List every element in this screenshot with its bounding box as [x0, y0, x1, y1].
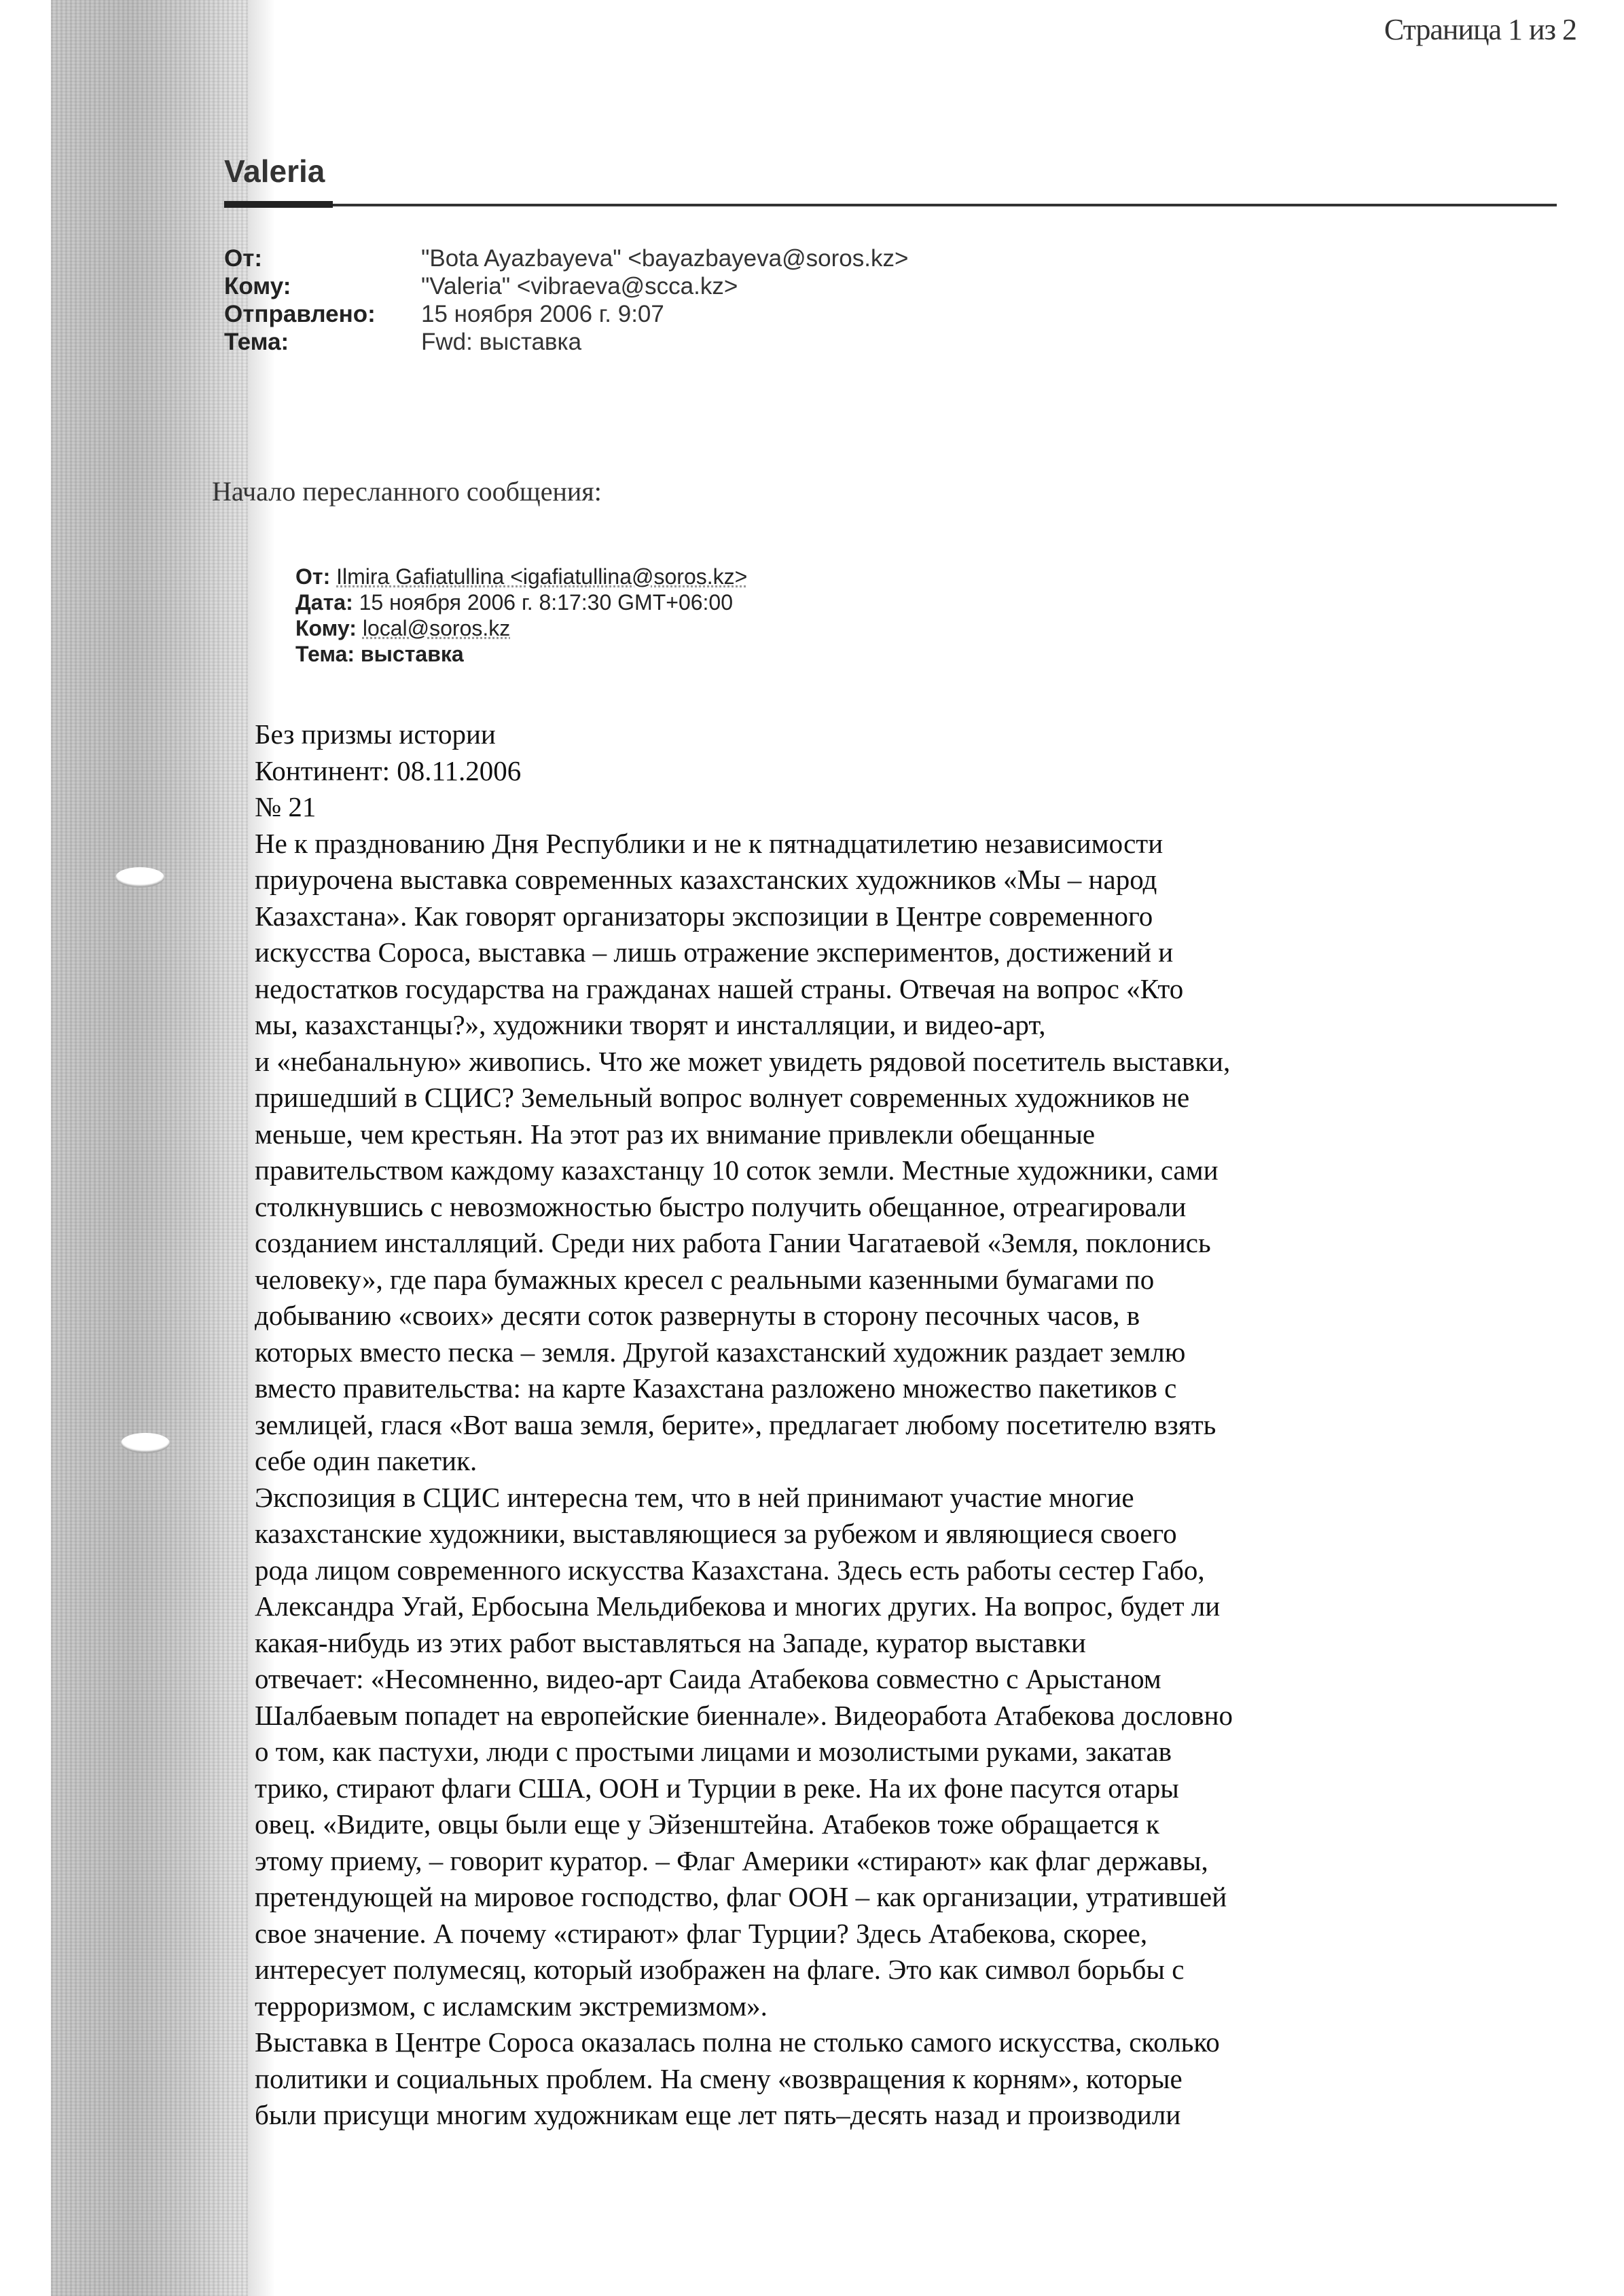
article-line: казахстанские художники, выставляющиеся … — [255, 1516, 1491, 1552]
article-line: трико, стирают флаги США, ООН и Турции в… — [255, 1770, 1491, 1807]
email-subject-row: Тема: Fwd: выставка — [224, 328, 908, 356]
article-line: меньше, чем крестьян. На этот раз их вни… — [255, 1116, 1491, 1153]
article-title: Без призмы истории — [255, 716, 1491, 753]
from-label: От: — [224, 244, 421, 272]
sent-value: 15 ноября 2006 г. 9:07 — [421, 300, 908, 328]
article-body: Без призмы истории Континент: 08.11.2006… — [255, 716, 1491, 2134]
article-line: человеку», где пара бумажных кресел с ре… — [255, 1262, 1491, 1298]
article-line: интересует полумесяц, который изображен … — [255, 1952, 1491, 1988]
fwd-subject-label: Тема: — [295, 642, 355, 666]
article-line: Шалбаевым попадет на европейские биеннал… — [255, 1698, 1491, 1734]
subject-label: Тема: — [224, 328, 421, 356]
email-from-row: От: "Bota Ayazbayeva" <bayazbayeva@soros… — [224, 244, 908, 272]
article-source: Континент: 08.11.2006 — [255, 753, 1491, 790]
fwd-to-value[interactable]: local@soros.kz — [363, 616, 510, 640]
article-line: Александра Угай, Ербосына Мельдибекова и… — [255, 1588, 1491, 1625]
fwd-subject-row: Тема: выставка — [295, 641, 747, 667]
email-to-row: Кому: "Valeria" <vibraeva@scca.kz> — [224, 272, 908, 300]
fwd-date-value: 15 ноября 2006 г. 8:17:30 GMT+06:00 — [359, 590, 733, 615]
article-line: столкнувшись с невозможностью быстро пол… — [255, 1189, 1491, 1226]
article-line: мы, казахстанцы?», художники творят и ин… — [255, 1007, 1491, 1044]
punch-hole-icon — [115, 867, 164, 888]
article-line: были присущи многим художникам еще лет п… — [255, 2097, 1491, 2134]
article-line: какая-нибудь из этих работ выставляться … — [255, 1625, 1491, 1662]
article-line: правительством каждому казахстанцу 10 со… — [255, 1152, 1491, 1189]
article-line: политики и социальных проблем. На смену … — [255, 2061, 1491, 2098]
punch-hole-icon — [121, 1433, 170, 1453]
fwd-from-row: От: Ilmira Gafiatullina <igafiatullina@s… — [295, 564, 747, 589]
article-line: Казахстана». Как говорят организаторы эк… — [255, 898, 1491, 935]
article-line: и «небанальную» живопись. Что же может у… — [255, 1044, 1491, 1080]
fwd-from-label: От: — [295, 564, 330, 589]
from-value: "Bota Ayazbayeva" <bayazbayeva@soros.kz> — [421, 244, 908, 272]
email-sent-row: Отправлено: 15 ноября 2006 г. 9:07 — [224, 300, 908, 328]
fwd-to-label: Кому: — [295, 616, 357, 640]
fwd-to-row: Кому: local@soros.kz — [295, 615, 747, 641]
article-line: которых вместо песка – земля. Другой каз… — [255, 1334, 1491, 1371]
fwd-subject-value: выставка — [361, 642, 464, 666]
article-line: терроризмом, с исламским экстремизмом». — [255, 1988, 1491, 2025]
article-line: Не к празднованию Дня Республики и не к … — [255, 826, 1491, 862]
article-text: Не к празднованию Дня Республики и не к … — [255, 826, 1491, 2134]
article-line: созданием инсталляций. Среди них работа … — [255, 1225, 1491, 1262]
fwd-date-label: Дата: — [295, 590, 353, 615]
article-line: рода лицом современного искусства Казахс… — [255, 1552, 1491, 1589]
forwarded-headers: От: Ilmira Gafiatullina <igafiatullina@s… — [295, 564, 747, 667]
to-value: "Valeria" <vibraeva@scca.kz> — [421, 272, 908, 300]
email-headers: От: "Bota Ayazbayeva" <bayazbayeva@soros… — [224, 244, 908, 356]
forwarded-message-intro: Начало пересланного сообщения: — [212, 475, 602, 507]
article-issue: № 21 — [255, 789, 1491, 826]
article-line: недостатков государства на гражданах наш… — [255, 971, 1491, 1008]
fwd-from-value[interactable]: Ilmira Gafiatullina <igafiatullina@soros… — [336, 564, 747, 589]
article-line: себе один пакетик. — [255, 1443, 1491, 1480]
article-line: приурочена выставка современных казахста… — [255, 862, 1491, 898]
article-line: искусства Сороса, выставка – лишь отраже… — [255, 934, 1491, 971]
article-line: претендующей на мировое господство, флаг… — [255, 1879, 1491, 1916]
article-line: овец. «Видите, овцы были еще у Эйзенштей… — [255, 1806, 1491, 1843]
article-line: Экспозиция в СЦИС интересна тем, что в н… — [255, 1480, 1491, 1516]
article-line: этому приему, – говорит куратор. – Флаг … — [255, 1843, 1491, 1880]
fwd-date-row: Дата: 15 ноября 2006 г. 8:17:30 GMT+06:0… — [295, 589, 747, 615]
page-title: Valeria — [224, 153, 325, 189]
page-number: Страница 1 из 2 — [1384, 12, 1576, 47]
scan-artifact-strip — [51, 0, 248, 2296]
article-line: свое значение. А почему «стирают» флаг Т… — [255, 1916, 1491, 1952]
article-line: отвечает: «Несомненно, видео-арт Саида А… — [255, 1661, 1491, 1698]
subject-value: Fwd: выставка — [421, 328, 908, 356]
sent-label: Отправлено: — [224, 300, 421, 328]
article-line: землицей, глася «Вот ваша земля, берите»… — [255, 1407, 1491, 1444]
header-divider — [224, 204, 1557, 206]
to-label: Кому: — [224, 272, 421, 300]
article-line: добыванию «своих» десяти соток развернут… — [255, 1298, 1491, 1334]
article-line: пришедший в СЦИС? Земельный вопрос волну… — [255, 1080, 1491, 1116]
article-line: Выставка в Центре Сороса оказалась полна… — [255, 2024, 1491, 2061]
article-line: о том, как пастухи, люди с простыми лица… — [255, 1734, 1491, 1770]
article-line: вместо правительства: на карте Казахстан… — [255, 1370, 1491, 1407]
